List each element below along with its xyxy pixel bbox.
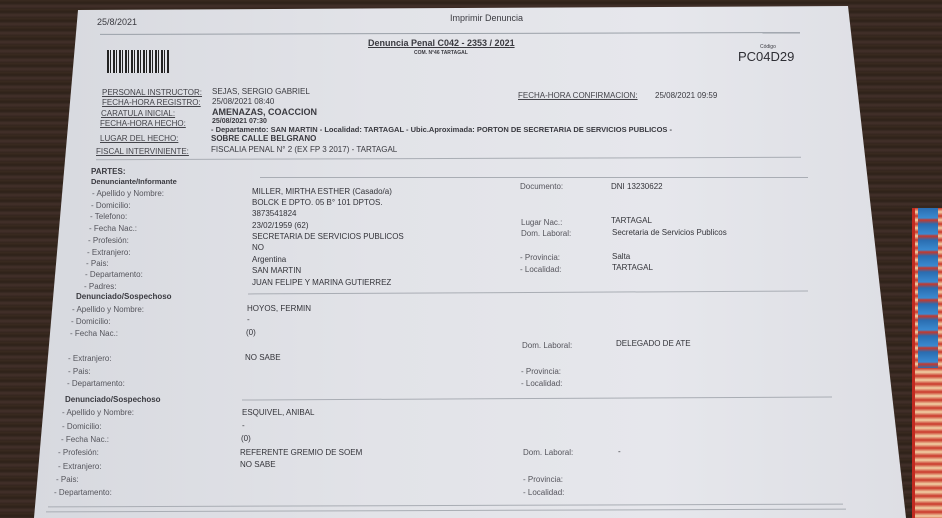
fecha-confirmacion-value: 25/08/2021 09:59: [655, 91, 717, 100]
denunciante-row-label: - Departamento:: [85, 270, 143, 279]
localidad-label: - Localidad:: [520, 265, 561, 274]
d2-domicilio-label: - Domicilio:: [62, 422, 102, 431]
denunciante-divider: [260, 177, 808, 178]
d1-fecha-label: - Fecha Nac.:: [70, 329, 118, 338]
d1-domicilio-value: -: [247, 315, 250, 324]
fabric-background: [912, 208, 942, 518]
document-page: 25/8/2021 Imprimir Denuncia Denuncia Pen…: [0, 0, 942, 518]
barcode-icon: [107, 50, 169, 73]
d2-profesion-value: REFERENTE GREMIO DE SOEM: [240, 448, 362, 457]
d1-pais-label: - Pais:: [68, 367, 91, 376]
d2-dom-laboral-label: Dom. Laboral:: [523, 448, 573, 457]
d1-extranjero-value: NO SABE: [245, 353, 281, 362]
denunciante-row-label: - Extranjero:: [87, 248, 131, 257]
lugar-nac-value: TARTAGAL: [611, 216, 652, 225]
d1-apellido-value: HOYOS, FERMIN: [247, 304, 311, 313]
d2-fecha-value: (0): [241, 434, 251, 443]
denunciante-row-value: JUAN FELIPE Y MARINA GUTIERREZ: [252, 278, 391, 287]
denunciante-row-value: Argentina: [252, 255, 286, 264]
documento-label: Documento:: [520, 182, 563, 191]
denunciante-row-value: SAN MARTIN: [252, 266, 301, 275]
denunciante-row-label: - Domicilio:: [91, 201, 131, 210]
d1-domicilio-label: - Domicilio:: [71, 317, 111, 326]
fiscal-value: FISCALIA PENAL N° 2 (EX FP 3 2017) - TAR…: [211, 145, 397, 154]
denunciante-row-value: 3873541824: [252, 209, 297, 218]
print-date: 25/8/2021: [97, 17, 137, 27]
d2-provincia-label: - Provincia:: [523, 475, 563, 484]
d1-fecha-value: (0): [246, 328, 256, 337]
d2-profesion-label: - Profesión:: [58, 448, 99, 457]
d2-extranjero-value: NO SABE: [240, 460, 276, 469]
denunciante-row-value: MILLER, MIRTHA ESTHER (Casado/a): [252, 187, 392, 196]
denunciado1-heading: Denunciado/Sospechoso: [76, 292, 172, 301]
fabric-pattern: [918, 208, 938, 368]
provincia-label: - Provincia:: [520, 253, 560, 262]
footer-divider-2: [46, 509, 846, 513]
d2-extranjero-label: - Extranjero:: [58, 462, 102, 471]
lugar-label: LUGAR DEL HECHO:: [100, 134, 178, 143]
code-value: PC04D29: [738, 49, 794, 64]
denunciante-heading: Denunciante/Informante: [91, 177, 177, 186]
d2-apellido-label: - Apellido y Nombre:: [62, 408, 134, 417]
lugar-nac-label: Lugar Nac.:: [521, 218, 562, 227]
fecha-registro-label: FECHA-HORA REGISTRO:: [102, 98, 201, 107]
d2-departamento-label: - Departamento:: [54, 488, 112, 497]
d2-fecha-label: - Fecha Nac.:: [61, 435, 109, 444]
dom-laboral-value: Secretaria de Servicios Publicos: [612, 228, 727, 237]
document-title: Denuncia Penal C042 - 2353 / 2021: [368, 38, 515, 48]
denunciante-row-label: - Telefono:: [90, 212, 127, 221]
denunciante-row-label: - Fecha Nac.:: [89, 224, 137, 233]
denunciado2-heading: Denunciado/Sospechoso: [65, 395, 161, 404]
d1-apellido-label: - Apellido y Nombre:: [72, 305, 144, 314]
d1-dom-laboral-label: Dom. Laboral:: [522, 341, 572, 350]
lugar-value-line2: SOBRE CALLE BELGRANO: [211, 134, 316, 143]
details-divider: [96, 157, 801, 160]
lugar-value-line1: - Departamento: SAN MARTIN - Localidad: …: [211, 125, 672, 134]
d1-departamento-label: - Departamento:: [67, 379, 125, 388]
fecha-registro-value: 25/08/2021 08:40: [212, 97, 274, 106]
print-title: Imprimir Denuncia: [450, 13, 523, 23]
d2-pais-label: - Pais:: [56, 475, 79, 484]
denunciante-row-label: - Apellido y Nombre:: [92, 189, 164, 198]
partes-title: PARTES:: [91, 167, 126, 176]
footer-divider-1: [48, 504, 843, 508]
denunciado2-divider: [242, 396, 832, 400]
fiscal-label: FISCAL INTERVINIENTE:: [96, 147, 189, 156]
d2-domicilio-value: -: [242, 421, 245, 430]
d1-dom-laboral-value: DELEGADO DE ATE: [616, 339, 691, 348]
denunciante-row-value: BOLCK E DPTO. 05 B° 101 DPTOS.: [252, 198, 383, 207]
header-divider: [100, 32, 800, 35]
d1-localidad-label: - Localidad:: [521, 379, 562, 388]
documento-value: DNI 13230622: [611, 182, 663, 191]
denunciante-row-value: 23/02/1959 (62): [252, 221, 309, 230]
document-subtitle: COM. N°46 TARTAGAL: [414, 50, 468, 56]
personal-instructor-label: PERSONAL INSTRUCTOR:: [102, 88, 202, 97]
dom-laboral-label: Dom. Laboral:: [521, 229, 571, 238]
personal-instructor-value: SEJAS, SERGIO GABRIEL: [212, 87, 310, 96]
provincia-value: Salta: [612, 252, 630, 261]
denunciante-row-label: - Padres:: [84, 282, 116, 291]
d2-localidad-label: - Localidad:: [523, 488, 564, 497]
d1-provincia-label: - Provincia:: [521, 367, 561, 376]
fecha-hecho-label: FECHA-HORA HECHO:: [100, 119, 186, 128]
denunciante-row-label: - Pais:: [86, 259, 109, 268]
denunciante-row-value: SECRETARIA DE SERVICIOS PUBLICOS: [252, 232, 404, 241]
fecha-hecho-value: 25/08/2021 07:30: [212, 118, 267, 125]
denunciante-row-value: NO: [252, 243, 264, 252]
fecha-confirmacion-label: FECHA-HORA CONFIRMACION:: [518, 91, 638, 100]
d2-dom-laboral-value: -: [618, 447, 621, 456]
d1-extranjero-label: - Extranjero:: [68, 354, 112, 363]
denunciante-row-label: - Profesión:: [88, 236, 129, 245]
d2-apellido-value: ESQUIVEL, ANIBAL: [242, 408, 314, 417]
caratula-value: AMENAZAS, COACCION: [212, 107, 317, 117]
denunciado1-divider: [248, 291, 808, 295]
caratula-label: CARATULA INICIAL:: [101, 109, 175, 118]
localidad-value: TARTAGAL: [612, 263, 653, 272]
